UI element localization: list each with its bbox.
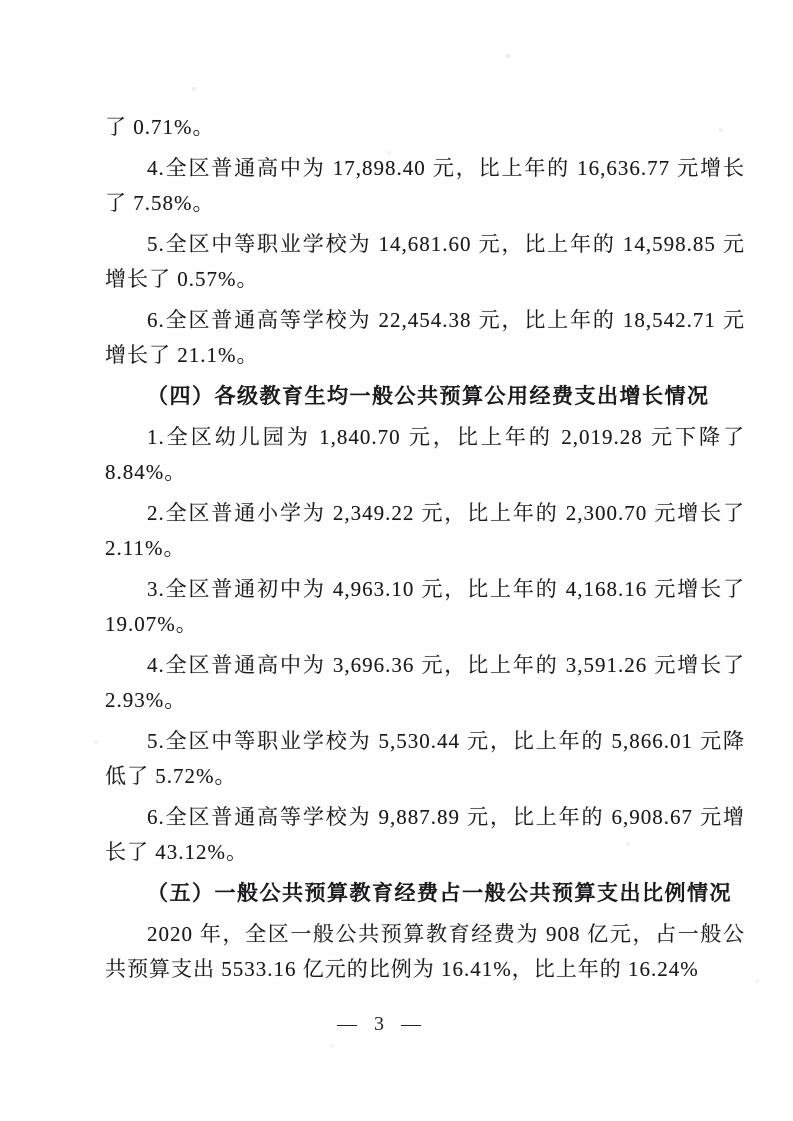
document-body: 了 0.71%。4.全区普通高中为 17,898.40 元，比上年的 16,63… bbox=[105, 110, 745, 993]
paragraph: 5.全区中等职业学校为 14,681.60 元，比上年的 14,598.85 元… bbox=[105, 227, 745, 297]
document-page: 了 0.71%。4.全区普通高中为 17,898.40 元，比上年的 16,63… bbox=[0, 0, 793, 1121]
paragraph: 3.全区普通初中为 4,963.10 元，比上年的 4,168.16 元增长了 … bbox=[105, 572, 745, 642]
page-number: — 3 — bbox=[0, 1010, 760, 1038]
section-heading: （四）各级教育生均一般公共预算公用经费支出增长情况 bbox=[105, 379, 745, 414]
paragraph: 4.全区普通高中为 17,898.40 元，比上年的 16,636.77 元增长… bbox=[105, 151, 745, 221]
paragraph: 了 0.71%。 bbox=[105, 110, 745, 145]
paragraph: 1.全区幼儿园为 1,840.70 元，比上年的 2,019.28 元下降了 8… bbox=[105, 420, 745, 490]
paragraph: 6.全区普通高等学校为 9,887.89 元，比上年的 6,908.67 元增长… bbox=[105, 800, 745, 870]
paragraph: 4.全区普通高中为 3,696.36 元，比上年的 3,591.26 元增长了 … bbox=[105, 648, 745, 718]
paragraph: 5.全区中等职业学校为 5,530.44 元，比上年的 5,866.01 元降低… bbox=[105, 724, 745, 794]
paragraph: 2020 年，全区一般公共预算教育经费为 908 亿元，占一般公共预算支出 55… bbox=[105, 917, 745, 987]
paragraph: 6.全区普通高等学校为 22,454.38 元，比上年的 18,542.71 元… bbox=[105, 303, 745, 373]
section-heading: （五）一般公共预算教育经费占一般公共预算支出比例情况 bbox=[105, 876, 745, 911]
paragraph: 2.全区普通小学为 2,349.22 元，比上年的 2,300.70 元增长了 … bbox=[105, 496, 745, 566]
